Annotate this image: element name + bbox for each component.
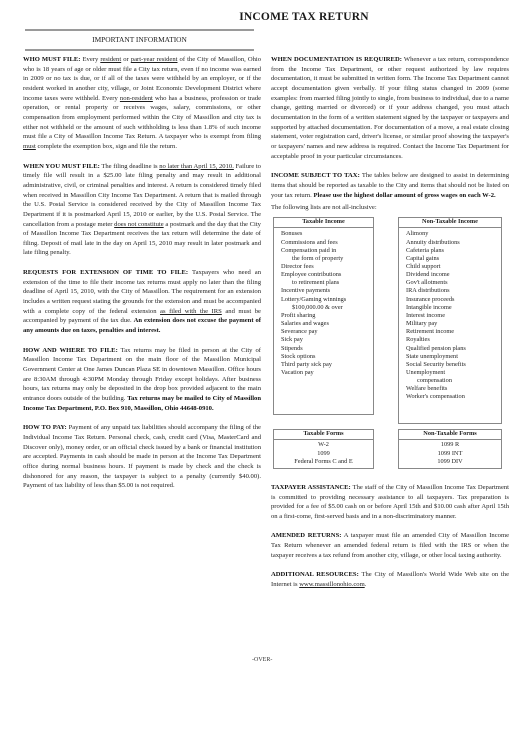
list-item: Capital gains — [406, 255, 501, 263]
list-item: Annuity distributions — [406, 239, 501, 247]
list-item: Compensation paid in — [281, 247, 373, 255]
list-item: to retirement plans — [281, 279, 373, 287]
list-item: Gov't allotments — [406, 279, 501, 287]
text: The filing deadline is — [100, 163, 159, 170]
extension-section: REQUESTS FOR EXTENSION OF TIME TO FILE: … — [23, 268, 261, 336]
underlined-text: no later than April 15, 2010. — [159, 163, 234, 170]
non-taxable-income-list: Alimony Annuity distributions Cafeteria … — [399, 228, 501, 401]
text: Every — [80, 56, 100, 63]
taxpayer-assistance-section: TAXPAYER ASSISTANCE: The staff of the Ci… — [271, 483, 509, 522]
additional-resources-section: ADDITIONAL RESOURCES: The City of Massil… — [271, 570, 509, 589]
how-and-where-section: HOW AND WHERE TO FILE: Tax returns may b… — [23, 346, 261, 414]
table-header: Non-Taxable Forms — [399, 430, 501, 441]
list-item: Lottery/Gaming winnings — [281, 296, 373, 304]
taxable-forms-table: Taxable Forms W-2 1099 Federal Forms C a… — [273, 429, 374, 469]
section-heading: HOW TO PAY: — [23, 424, 67, 431]
list-item: Social Security benefits — [406, 361, 501, 369]
list-item: Welfare benefits — [406, 385, 501, 393]
documentation-section: WHEN DOCUMENTATION IS REQUIRED: Whenever… — [271, 55, 509, 161]
list-item: Insurance proceeds — [406, 296, 501, 304]
list-item: Severance pay — [281, 328, 373, 336]
list-item: IRA distributions — [406, 287, 501, 295]
list-item-continuation: the form of property — [281, 255, 343, 263]
over-footer: -OVER- — [252, 657, 272, 663]
section-heading: REQUESTS FOR EXTENSION OF TIME TO FILE: — [23, 269, 188, 276]
list-item: the form of property — [281, 255, 373, 263]
list-item: 1099 INT — [399, 450, 501, 458]
list-item: State unemployment — [406, 353, 501, 361]
list-item: W-2 — [274, 441, 373, 449]
non-taxable-forms-list: 1099 R 1099 INT 1099 DIV — [399, 440, 501, 465]
right-column: WHEN DOCUMENTATION IS REQUIRED: Whenever… — [271, 55, 509, 600]
list-item: 1099 DIV — [399, 458, 501, 466]
list-item: Retirement income — [406, 328, 501, 336]
underlined-text: non-resident — [120, 95, 153, 102]
list-item: Child support — [406, 263, 501, 271]
non-taxable-forms-table: Non-Taxable Forms 1099 R 1099 INT 1099 D… — [398, 429, 502, 469]
list-item: 1099 — [274, 450, 373, 458]
lists-note: The following lists are not all-inclusiv… — [271, 203, 509, 213]
list-item: Third party sick pay — [281, 361, 373, 369]
underlined-text: resident — [100, 56, 121, 63]
list-item: Bonuses — [281, 230, 373, 238]
underlined-text: as filed with the IRS — [160, 308, 222, 315]
list-item: Cafeteria plans — [406, 247, 501, 255]
list-item: Dividend income — [406, 271, 501, 279]
list-item: Federal Forms C and E — [274, 458, 373, 466]
list-item: Sick pay — [281, 336, 373, 344]
list-item: Salaries and wages — [281, 320, 373, 328]
important-information-banner: IMPORTANT INFORMATION — [25, 29, 254, 51]
left-column: WHO MUST FILE: Every resident or part-ye… — [23, 55, 261, 501]
section-heading: HOW AND WHERE TO FILE: — [23, 347, 118, 354]
list-item: Royalties — [406, 336, 501, 344]
list-item: Director fees — [281, 263, 373, 271]
text: . — [365, 581, 367, 588]
list-item: Unemployment — [406, 369, 501, 377]
list-item: Commissions and fees — [281, 239, 373, 247]
list-item: Alimony — [406, 230, 501, 238]
underlined-text: must — [23, 143, 36, 150]
how-to-pay-section: HOW TO PAY: Payment of any unpaid tax li… — [23, 423, 261, 491]
table-header: Taxable Forms — [274, 430, 373, 441]
taxable-income-table: Taxable Income Bonuses Commissions and f… — [273, 217, 374, 415]
list-item: Qualified pension plans — [406, 345, 501, 353]
section-heading: ADDITIONAL RESOURCES: — [271, 571, 359, 578]
underlined-text: does not constitute — [114, 221, 164, 228]
list-item: Incentive payments — [281, 287, 373, 295]
list-item: Stock options — [281, 353, 373, 361]
section-heading: INCOME SUBJECT TO TAX: — [271, 172, 360, 179]
section-heading: WHO MUST FILE: — [23, 56, 80, 63]
underlined-text: part-year resident — [131, 56, 178, 63]
section-heading: AMENDED RETURNS: — [271, 532, 341, 539]
website-link[interactable]: www.massillonohio.com — [299, 581, 365, 588]
list-item: 1099 R — [399, 441, 501, 449]
text: complete the exemption box, sign and fil… — [36, 143, 177, 150]
text: Failure to timely file will result in a … — [23, 163, 261, 228]
forms-tables: Taxable Forms W-2 1099 Federal Forms C a… — [271, 429, 509, 469]
list-item: Employee contributions — [281, 271, 373, 279]
list-item: Interest income — [406, 312, 501, 320]
who-must-file-section: WHO MUST FILE: Every resident or part-ye… — [23, 55, 261, 152]
text: Tax returns may be filed in person at th… — [23, 347, 261, 402]
taxable-income-list: Bonuses Commissions and fees Compensatio… — [274, 228, 373, 377]
section-heading: WHEN DOCUMENTATION IS REQUIRED: — [271, 56, 402, 63]
table-header: Non-Taxable Income — [399, 218, 501, 229]
section-heading: WHEN YOU MUST FILE: — [23, 163, 100, 170]
text: Payment of any unpaid tax liabilities sh… — [23, 424, 261, 489]
list-item: compensation — [406, 377, 501, 385]
list-item: Worker's compensation — [406, 393, 501, 401]
when-you-must-file-section: WHEN YOU MUST FILE: The filing deadline … — [23, 162, 261, 259]
list-item: Profit sharing — [281, 312, 373, 320]
text: or — [121, 56, 131, 63]
amended-returns-section: AMENDED RETURNS: A taxpayer must file an… — [271, 531, 509, 560]
text: Whenever a tax return, correspondence fr… — [271, 56, 509, 160]
bold-text: Please use the highest dollar amount of … — [313, 192, 495, 199]
income-subject-section: INCOME SUBJECT TO TAX: The tables below … — [271, 171, 509, 200]
income-tables: Taxable Income Bonuses Commissions and f… — [271, 217, 509, 429]
non-taxable-income-table: Non-Taxable Income Alimony Annuity distr… — [398, 217, 502, 424]
list-item: $100,000.00 & over — [281, 304, 373, 312]
section-heading: TAXPAYER ASSISTANCE: — [271, 484, 351, 491]
list-item-continuation: $100,000.00 & over — [281, 304, 343, 312]
list-item: Intangible income — [406, 304, 501, 312]
page-title: INCOME TAX RETURN — [0, 11, 530, 23]
list-item: Vacation pay — [281, 369, 373, 377]
list-item-continuation: to retirement plans — [281, 279, 339, 287]
list-item: Stipends — [281, 345, 373, 353]
list-item: Military pay — [406, 320, 501, 328]
list-item-continuation: compensation — [406, 377, 452, 385]
taxable-forms-list: W-2 1099 Federal Forms C and E — [274, 440, 373, 465]
table-header: Taxable Income — [274, 218, 373, 229]
